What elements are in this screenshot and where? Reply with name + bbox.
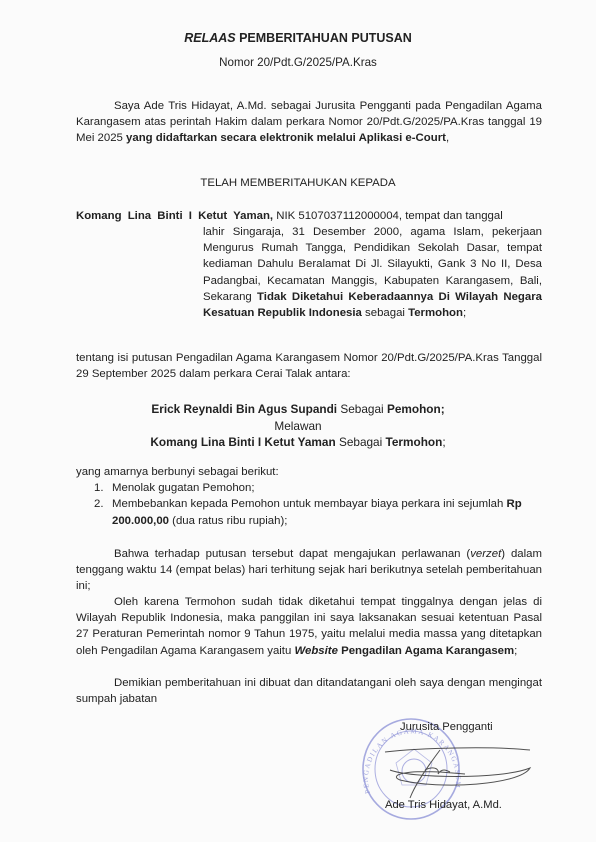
objection-text-a: Bahwa terhadap putusan tersebut dapat me… [114,548,470,560]
recipient-as: sebagai [362,307,408,319]
recipient-details: lahir Singaraja, 31 Desember 2000, agama… [203,224,542,321]
verdict-intro: yang amarnya berbunyi sebagai berikut: [76,464,546,480]
applicant-as: Sebagai [337,402,387,416]
decision-intro: tentang isi putusan Pengadilan Agama Kar… [76,350,542,382]
title-rest: PEMBERITAHUAN PUTUSAN [236,31,412,45]
signer-title: Jurusita Pengganti [400,721,493,733]
verdict-list: yang amarnya berbunyi sebagai berikut: 1… [76,464,546,529]
parties-block: Erick Reynaldi Bin Agus Supandi Sebagai … [0,401,596,451]
website-term: Website [294,645,337,657]
item-text: Menolak gugatan Pemohon; [112,480,254,496]
item-text: Membebankan kepada Pemohon untuk membaya… [112,496,546,528]
recipient-line: Komang Lina Binti I Ketut Yaman, NIK 510… [76,208,542,224]
recipient-nik: NIK 5107037112000004, tempat dan tanggal [273,210,503,222]
applicant-role: Pemohon; [387,402,445,416]
respondent-role: Termohon [386,435,443,449]
applicant-name: Erick Reynaldi Bin Agus Supandi [151,402,337,416]
item-number: 2. [94,496,112,528]
title-italic: RELAAS [184,31,235,45]
item-number: 1. [94,480,112,496]
respondent-as: Sebagai [336,435,386,449]
document-title: RELAAS PEMBERITAHUAN PUTUSAN [0,31,596,45]
signer-name: Ade Tris Hidayat, A.Md. [385,799,502,811]
objection-paragraph: Bahwa terhadap putusan tersebut dapat me… [76,546,542,595]
versus: Melawan [0,418,596,435]
publication-paragraph: Oleh karena Termohon sudah tidak diketah… [76,594,542,659]
applicant-line: Erick Reynaldi Bin Agus Supandi Sebagai … [0,401,596,418]
publication-court: Pengadilan Agama Karangasem [338,645,514,657]
recipient-role: Termohon [408,307,463,319]
intro-end: , [446,132,449,144]
verdict-item: 2. Membebankan kepada Pemohon untuk memb… [94,496,546,528]
intro-paragraph: Saya Ade Tris Hidayat, A.Md. sebagai Jur… [76,98,542,147]
intro-bold: yang didaftarkan secara elektronik melal… [126,132,446,144]
publication-end: ; [514,645,517,657]
notice-heading: TELAH MEMBERITAHUKAN KEPADA [0,177,596,189]
verdict-item: 1. Menolak gugatan Pemohon; [94,480,546,496]
verzet-term: verzet [470,548,501,560]
respondent-end: ; [442,435,445,449]
respondent-line: Komang Lina Binti I Ketut Yaman Sebagai … [0,434,596,451]
recipient-end: ; [463,307,466,319]
document-number: Nomor 20/Pdt.G/2025/PA.Kras [0,56,596,69]
item-text-main: Membebankan kepada Pemohon untuk membaya… [112,498,506,510]
signature-icon [380,740,540,800]
respondent-name: Komang Lina Binti I Ketut Yaman [150,435,335,449]
closing-paragraph: Demikian pemberitahuan ini dibuat dan di… [76,675,542,707]
recipient-name: Komang Lina Binti I Ketut Yaman, [76,210,273,222]
cost-words: (dua ratus ribu rupiah); [169,515,287,527]
